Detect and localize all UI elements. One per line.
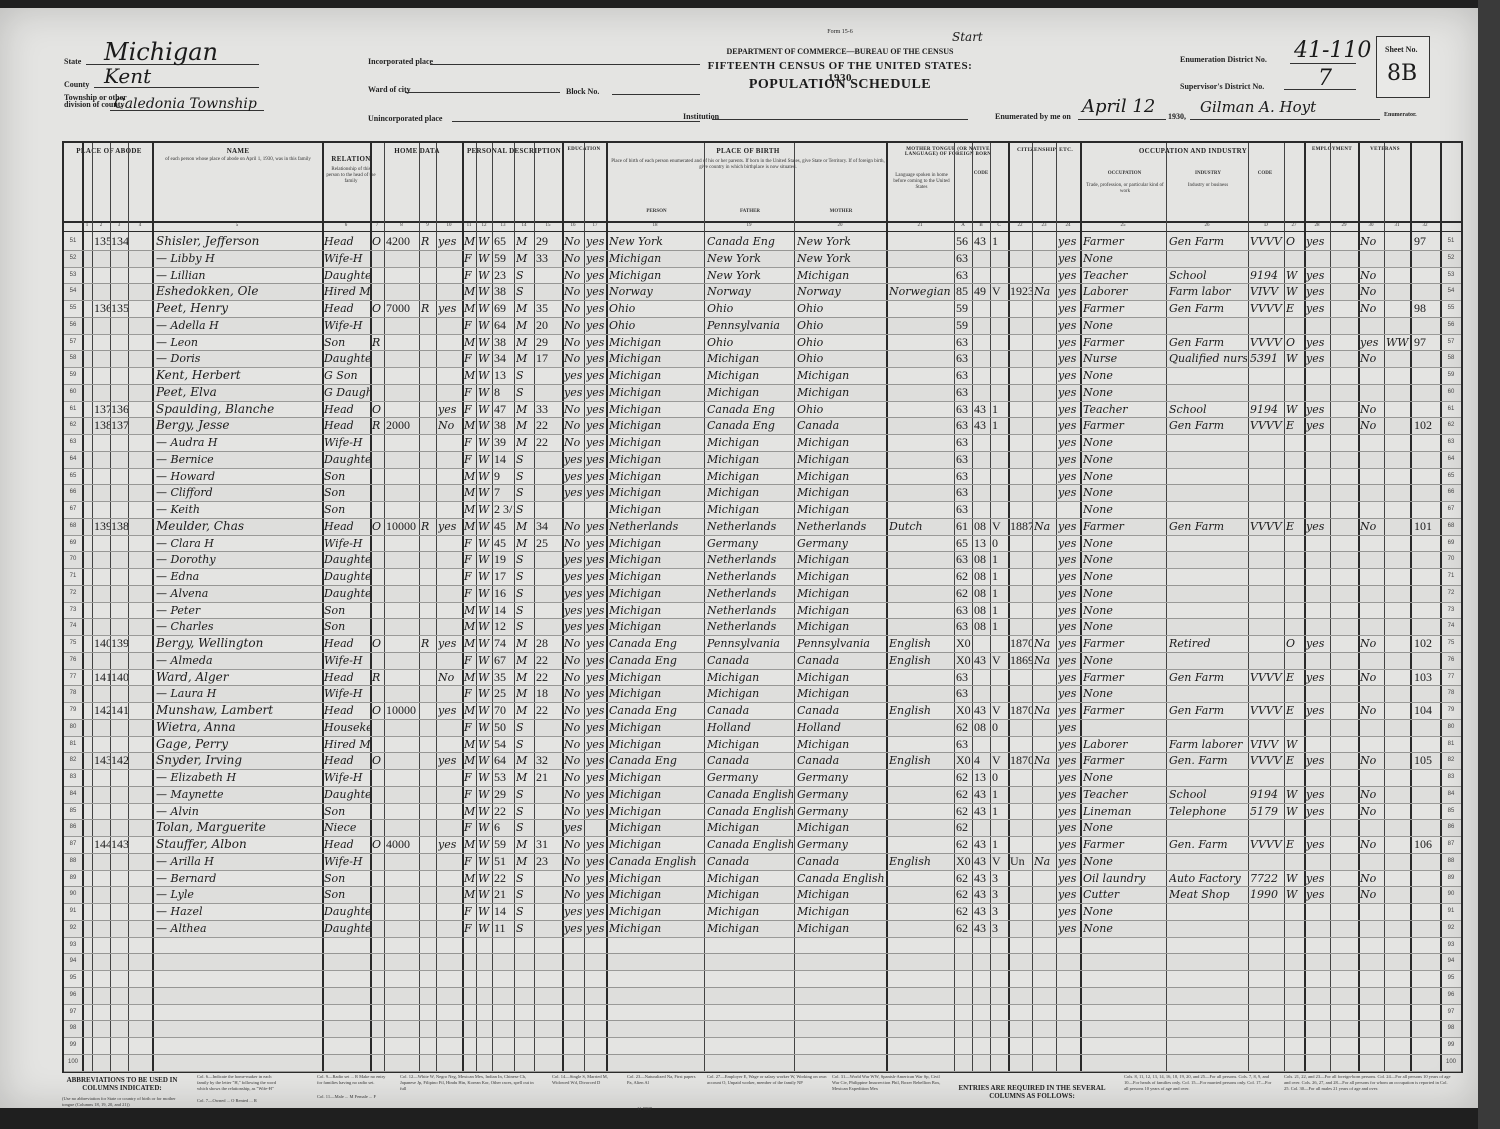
cell-family: 142	[111, 752, 128, 769]
cell-natur	[1034, 551, 1056, 568]
col12-note: Col. 12—White W, Negro Neg, Mexican Mex,…	[400, 1074, 540, 1092]
cell-marital: M	[516, 233, 534, 250]
cell-relation: Wife-H	[324, 685, 370, 702]
cell-code-a: 62	[956, 803, 972, 820]
cell-value	[386, 334, 418, 351]
cell-race: W	[478, 334, 492, 351]
line-number-right: 63	[1442, 434, 1460, 451]
cell-marital: M	[516, 317, 534, 334]
cell-employed	[1306, 819, 1330, 836]
cell-vet-war	[1386, 468, 1410, 485]
line-number-right: 86	[1442, 819, 1460, 836]
cell-class: W	[1286, 786, 1304, 803]
cell-english: yes	[1058, 367, 1080, 384]
cell-vet-war	[1386, 518, 1410, 535]
father-header: FATHER	[706, 209, 794, 215]
column-number-row: 123456789101112131415161718192021ABC2223…	[64, 221, 1461, 232]
cell-code-c: 1	[992, 233, 1008, 250]
cell-vet-war	[1386, 250, 1410, 267]
cell-code-c	[992, 334, 1008, 351]
column-number: 9	[419, 223, 436, 228]
cell-read: yes	[586, 401, 606, 418]
cell-value	[386, 719, 418, 736]
cell-age: 23	[494, 267, 514, 284]
cell-english: yes	[1058, 719, 1080, 736]
cell-english: yes	[1058, 401, 1080, 418]
cell-english: yes	[1058, 853, 1080, 870]
cell-school: No	[564, 267, 584, 284]
cell-tenure: O	[372, 233, 384, 250]
cell-farm	[438, 367, 462, 384]
cell-vet-war: WW	[1386, 334, 1410, 351]
cell-marital: S	[516, 786, 534, 803]
cell-marital: S	[516, 501, 534, 518]
cell-employed	[1306, 853, 1330, 870]
cell-lang	[889, 551, 953, 568]
cell-lang	[889, 535, 953, 552]
line-number: 65	[64, 468, 82, 485]
group-veterans: VETERANS	[1360, 147, 1410, 152]
cell-read: yes	[586, 334, 606, 351]
cell-class	[1286, 853, 1304, 870]
cell-immig: 1869	[1010, 652, 1032, 669]
cell-code-a: 63	[956, 451, 972, 468]
cell-dwelling	[94, 535, 110, 552]
cell-tenure	[372, 585, 384, 602]
cell-vet	[1360, 367, 1384, 384]
state-value: Michigan	[104, 38, 218, 66]
cell-farm	[438, 451, 462, 468]
cell-class	[1286, 719, 1304, 736]
cell-occupation: None	[1083, 250, 1165, 267]
cell-sex: F	[464, 384, 476, 401]
cell-relation: Son	[324, 468, 370, 485]
cell-occupation: Lineman	[1083, 803, 1165, 820]
county-label: County	[64, 80, 89, 89]
cell-code-a: 63	[956, 367, 972, 384]
cell-age: 14	[494, 451, 514, 468]
cell-code-a: 63	[956, 602, 972, 619]
cell-age-marr: 21	[536, 769, 562, 786]
table-row: 8080Wietra, AnnaHousekeeperFW50SNoyesMic…	[64, 719, 1461, 737]
cell-vet: No	[1360, 417, 1384, 434]
cell-bp: Michigan	[609, 618, 703, 635]
cell-read: yes	[586, 920, 606, 937]
cell-sex: F	[464, 903, 476, 920]
state-label: State	[64, 57, 81, 66]
cell-bp-mother: Ohio	[797, 401, 885, 418]
cell-dwelling	[94, 920, 110, 937]
cell-dwelling	[94, 501, 110, 518]
cell-race: W	[478, 836, 492, 853]
line-number-right: 81	[1442, 736, 1460, 753]
cell-industry: Gen Farm	[1169, 518, 1247, 535]
cell-class: E	[1286, 669, 1304, 686]
cell-vet	[1360, 451, 1384, 468]
line-number-right: 68	[1442, 518, 1460, 535]
empty-row: 9393	[64, 937, 1461, 955]
cell-bp-mother: Canada	[797, 853, 885, 870]
cell-family: 135	[111, 300, 128, 317]
cell-lang	[889, 769, 953, 786]
line-number-right: 59	[1442, 367, 1460, 384]
cell-bp: Michigan	[609, 920, 703, 937]
cell-read: yes	[586, 752, 606, 769]
cell-read: yes	[586, 652, 606, 669]
cell-race: W	[478, 652, 492, 669]
cell-sex: M	[464, 468, 476, 485]
cell-immig	[1010, 233, 1032, 250]
cell-class: E	[1286, 300, 1304, 317]
cell-marital: M	[516, 518, 534, 535]
cell-tenure: O	[372, 518, 384, 535]
cell-marital: S	[516, 367, 534, 384]
cell-code-b	[974, 317, 990, 334]
line-number: 51	[64, 233, 82, 250]
cell-age-marr: 29	[536, 233, 562, 250]
cell-dwelling	[94, 317, 110, 334]
cell-relation: Wife-H	[324, 652, 370, 669]
column-number: 19	[704, 223, 794, 228]
cell-marital: S	[516, 451, 534, 468]
cell-class	[1286, 602, 1304, 619]
cell-family	[111, 903, 128, 920]
table-row: 8484— MaynetteDaughterFW29SNoyesMichigan…	[64, 786, 1461, 804]
line-number: 92	[64, 920, 82, 937]
cell-code-c: 3	[992, 920, 1008, 937]
column-number: 22	[1008, 223, 1032, 228]
cell-code-a: 62	[956, 836, 972, 853]
line-number-right: 72	[1442, 585, 1460, 602]
cell-employed: yes	[1306, 300, 1330, 317]
population-schedule-table: PLACE OF ABODE NAME of each person whose…	[62, 141, 1463, 1073]
occupation-description: Trade, profession, or particular kind of…	[1084, 183, 1166, 195]
unincorporated-place-label: Unincorporated place	[368, 114, 442, 123]
cell-code-c	[992, 451, 1008, 468]
cell-family: 143	[111, 836, 128, 853]
cell-bp-father: Michigan	[707, 920, 793, 937]
cell-farm	[438, 803, 462, 820]
cell-code-a: 61	[956, 518, 972, 535]
cell-bp-father: Netherlands	[707, 568, 793, 585]
line-number-right: 100	[1442, 1054, 1460, 1071]
cell-farm: yes	[438, 518, 462, 535]
cell-code-c: V	[992, 853, 1008, 870]
cell-tenure	[372, 736, 384, 753]
line-number: 63	[64, 434, 82, 451]
cell-name: Gage, Perry	[156, 736, 321, 753]
cell-name: — Doris	[156, 350, 321, 367]
cell-read: yes	[586, 836, 606, 853]
cell-school: No	[564, 719, 584, 736]
cell-industry	[1169, 769, 1247, 786]
cell-employed	[1306, 468, 1330, 485]
cell-class	[1286, 434, 1304, 451]
cell-bp-father: Canada	[707, 853, 793, 870]
cell-code-c: 3	[992, 886, 1008, 903]
table-row: 6060Peet, ElvaG DaughterFW8SyesyesMichig…	[64, 384, 1461, 402]
cell-english: yes	[1058, 752, 1080, 769]
cell-occ-code	[1250, 384, 1284, 401]
cell-bp-father: Canada	[707, 702, 793, 719]
cell-immig	[1010, 886, 1032, 903]
cell-bp: Michigan	[609, 585, 703, 602]
cell-occupation: None	[1083, 535, 1165, 552]
line-number: 79	[64, 702, 82, 719]
cell-lang: English	[889, 752, 953, 769]
cell-employed: yes	[1306, 518, 1330, 535]
cell-bp-father: Michigan	[707, 468, 793, 485]
cell-school: No	[564, 535, 584, 552]
cell-occ-code	[1250, 635, 1284, 652]
cell-immig	[1010, 417, 1032, 434]
cell-farm: yes	[438, 300, 462, 317]
cell-occupation: Farmer	[1083, 300, 1165, 317]
cell-bp-father: Michigan	[707, 350, 793, 367]
cell-code-a: 63	[956, 267, 972, 284]
cell-name: — Alvena	[156, 585, 321, 602]
cell-vet	[1360, 736, 1384, 753]
cell-farm-sched: 97	[1414, 334, 1440, 351]
cell-immig	[1010, 250, 1032, 267]
cell-school: No	[564, 652, 584, 669]
cell-occ-code	[1250, 551, 1284, 568]
cell-farm-sched	[1414, 451, 1440, 468]
line-number: 52	[64, 250, 82, 267]
cell-age-marr: 20	[536, 317, 562, 334]
cell-tenure	[372, 468, 384, 485]
cell-radio	[421, 250, 435, 267]
cell-bp-father: Netherlands	[707, 518, 793, 535]
cell-english: yes	[1058, 518, 1080, 535]
column-number: 16	[562, 223, 584, 228]
cell-race: W	[478, 786, 492, 803]
cell-radio	[421, 736, 435, 753]
cell-bp-mother: New York	[797, 233, 885, 250]
cell-sex: M	[464, 669, 476, 686]
table-row: 5555136135Peet, HenryHeadO7000RyesMW69M3…	[64, 300, 1461, 318]
cell-farm: yes	[438, 233, 462, 250]
cell-natur: Na	[1034, 283, 1056, 300]
cell-employed: yes	[1306, 836, 1330, 853]
cell-class: O	[1286, 334, 1304, 351]
cell-sex: F	[464, 853, 476, 870]
cell-age-marr: 22	[536, 417, 562, 434]
cell-immig	[1010, 602, 1032, 619]
table-row: 8989— BernardSonMW22SNoyesMichiganMichig…	[64, 870, 1461, 888]
cell-occ-code	[1250, 853, 1284, 870]
cell-vet-war	[1386, 602, 1410, 619]
cell-farm-sched	[1414, 484, 1440, 501]
cell-lang	[889, 367, 953, 384]
cell-natur	[1034, 434, 1056, 451]
cell-family	[111, 568, 128, 585]
cell-school: yes	[564, 451, 584, 468]
line-number: 66	[64, 484, 82, 501]
cell-farm-sched	[1414, 434, 1440, 451]
table-row: 5959Kent, HerbertG SonMW13SyesyesMichiga…	[64, 367, 1461, 385]
cell-employed	[1306, 551, 1330, 568]
table-row: 8686Tolan, MargueriteNieceFW6SyesMichiga…	[64, 819, 1461, 837]
cell-age: 34	[494, 350, 514, 367]
cell-marital: S	[516, 283, 534, 300]
cell-race: W	[478, 283, 492, 300]
line-number: 81	[64, 736, 82, 753]
table-row: 8888— Arilla HWife-HFW51M23NoyesCanada E…	[64, 853, 1461, 871]
cell-bp-mother: Michigan	[797, 585, 885, 602]
cell-farm	[438, 652, 462, 669]
cell-age: 11	[494, 920, 514, 937]
cell-radio	[421, 317, 435, 334]
cell-relation: Daughter	[324, 568, 370, 585]
cell-bp-father: Netherlands	[707, 551, 793, 568]
cell-occupation: None	[1083, 903, 1165, 920]
cell-family	[111, 920, 128, 937]
cell-radio	[421, 501, 435, 518]
cell-radio	[421, 551, 435, 568]
line-number: 94	[64, 953, 82, 970]
cell-code-c	[992, 300, 1008, 317]
table-row: 8181Gage, PerryHired ManMW54SNoyesMichig…	[64, 736, 1461, 754]
cell-occ-code	[1250, 685, 1284, 702]
cell-employed: yes	[1306, 401, 1330, 418]
column-number: 20	[794, 223, 886, 228]
cell-race: W	[478, 535, 492, 552]
person-header: PERSON	[609, 209, 704, 215]
cell-code-b: 08	[974, 568, 990, 585]
cell-bp-father: Michigan	[707, 367, 793, 384]
cell-race: W	[478, 350, 492, 367]
cell-tenure	[372, 803, 384, 820]
cell-employed	[1306, 685, 1330, 702]
cell-vet-war	[1386, 702, 1410, 719]
cell-occ-code	[1250, 484, 1284, 501]
cell-race: W	[478, 451, 492, 468]
cell-age: 59	[494, 250, 514, 267]
cell-read: yes	[586, 803, 606, 820]
cell-occ-code	[1250, 434, 1284, 451]
cell-occupation: None	[1083, 484, 1165, 501]
cell-class	[1286, 250, 1304, 267]
cell-age-marr	[536, 283, 562, 300]
line-number: 77	[64, 669, 82, 686]
cell-age: 69	[494, 300, 514, 317]
print-code: 11-9887	[637, 1106, 652, 1112]
cell-family	[111, 870, 128, 887]
cell-bp-father: Netherlands	[707, 618, 793, 635]
cell-code-b: 43	[974, 903, 990, 920]
cell-tenure: O	[372, 300, 384, 317]
line-number: 61	[64, 401, 82, 418]
cell-race: W	[478, 317, 492, 334]
column-number: 5	[152, 223, 322, 228]
cell-code-a: 59	[956, 317, 972, 334]
cell-tenure: O	[372, 635, 384, 652]
cell-dwelling: 143	[94, 752, 110, 769]
cell-farm-sched	[1414, 468, 1440, 485]
cell-relation: Daughter	[324, 903, 370, 920]
cell-read: yes	[586, 518, 606, 535]
cell-code-c	[992, 267, 1008, 284]
cell-industry: Telephone	[1169, 803, 1247, 820]
cell-code-c: 1	[992, 803, 1008, 820]
cell-read: yes	[586, 451, 606, 468]
cell-occ-code	[1250, 568, 1284, 585]
cell-code-a: 65	[956, 535, 972, 552]
cell-english: yes	[1058, 803, 1080, 820]
cell-vet-war	[1386, 819, 1410, 836]
cell-name: — Althea	[156, 920, 321, 937]
cell-vet-war	[1386, 752, 1410, 769]
cell-code-c	[992, 384, 1008, 401]
cell-bp-father: Michigan	[707, 819, 793, 836]
cell-value	[386, 870, 418, 887]
cell-name: — Almeda	[156, 652, 321, 669]
cell-vet-war	[1386, 551, 1410, 568]
cell-employed	[1306, 903, 1330, 920]
cell-age-marr	[536, 803, 562, 820]
cell-lang	[889, 886, 953, 903]
birth-description: Place of birth of each person enumerated…	[609, 159, 887, 171]
cell-class: E	[1286, 417, 1304, 434]
line-number: 87	[64, 836, 82, 853]
cell-immig	[1010, 551, 1032, 568]
cell-radio	[421, 350, 435, 367]
column-number: 32	[1410, 223, 1440, 228]
cell-race: W	[478, 920, 492, 937]
cell-farm: yes	[438, 752, 462, 769]
cell-age: 67	[494, 652, 514, 669]
cell-lang: Norwegian	[889, 283, 953, 300]
table-row: 6262138137Bergy, JesseHeadR2000NoMW38M22…	[64, 417, 1461, 435]
cell-radio: R	[421, 635, 435, 652]
cell-vet-war	[1386, 618, 1410, 635]
cell-race: W	[478, 736, 492, 753]
cell-natur	[1034, 803, 1056, 820]
cell-vet	[1360, 535, 1384, 552]
cell-radio	[421, 401, 435, 418]
cell-value	[386, 853, 418, 870]
column-number: 4	[128, 223, 152, 228]
cell-tenure	[372, 618, 384, 635]
cell-english: yes	[1058, 769, 1080, 786]
cell-code-a: 62	[956, 786, 972, 803]
cell-name: Kent, Herbert	[156, 367, 321, 384]
cell-lang	[889, 350, 953, 367]
cell-immig	[1010, 350, 1032, 367]
cell-marital: S	[516, 468, 534, 485]
cell-farm-sched	[1414, 501, 1440, 518]
cell-lang: English	[889, 635, 953, 652]
cell-lang	[889, 317, 953, 334]
cell-occ-code	[1250, 618, 1284, 635]
line-number-right: 52	[1442, 250, 1460, 267]
cell-bp-mother: Michigan	[797, 669, 885, 686]
cell-radio	[421, 836, 435, 853]
col31-note: Col. 31—World War WW, Spanish-American W…	[832, 1074, 942, 1092]
cell-occupation: Teacher	[1083, 786, 1165, 803]
cell-school: No	[564, 518, 584, 535]
cell-relation: Wife-H	[324, 434, 370, 451]
cell-value	[386, 484, 418, 501]
line-number-right: 58	[1442, 350, 1460, 367]
line-number-right: 85	[1442, 803, 1460, 820]
cell-school: yes	[564, 384, 584, 401]
cell-bp: Michigan	[609, 417, 703, 434]
cell-industry: Farm labor	[1169, 283, 1247, 300]
table-row: 8383— Elizabeth HWife-HFW53M21NoyesMichi…	[64, 769, 1461, 787]
incorporated-place-label: Incorporated place	[368, 57, 433, 66]
